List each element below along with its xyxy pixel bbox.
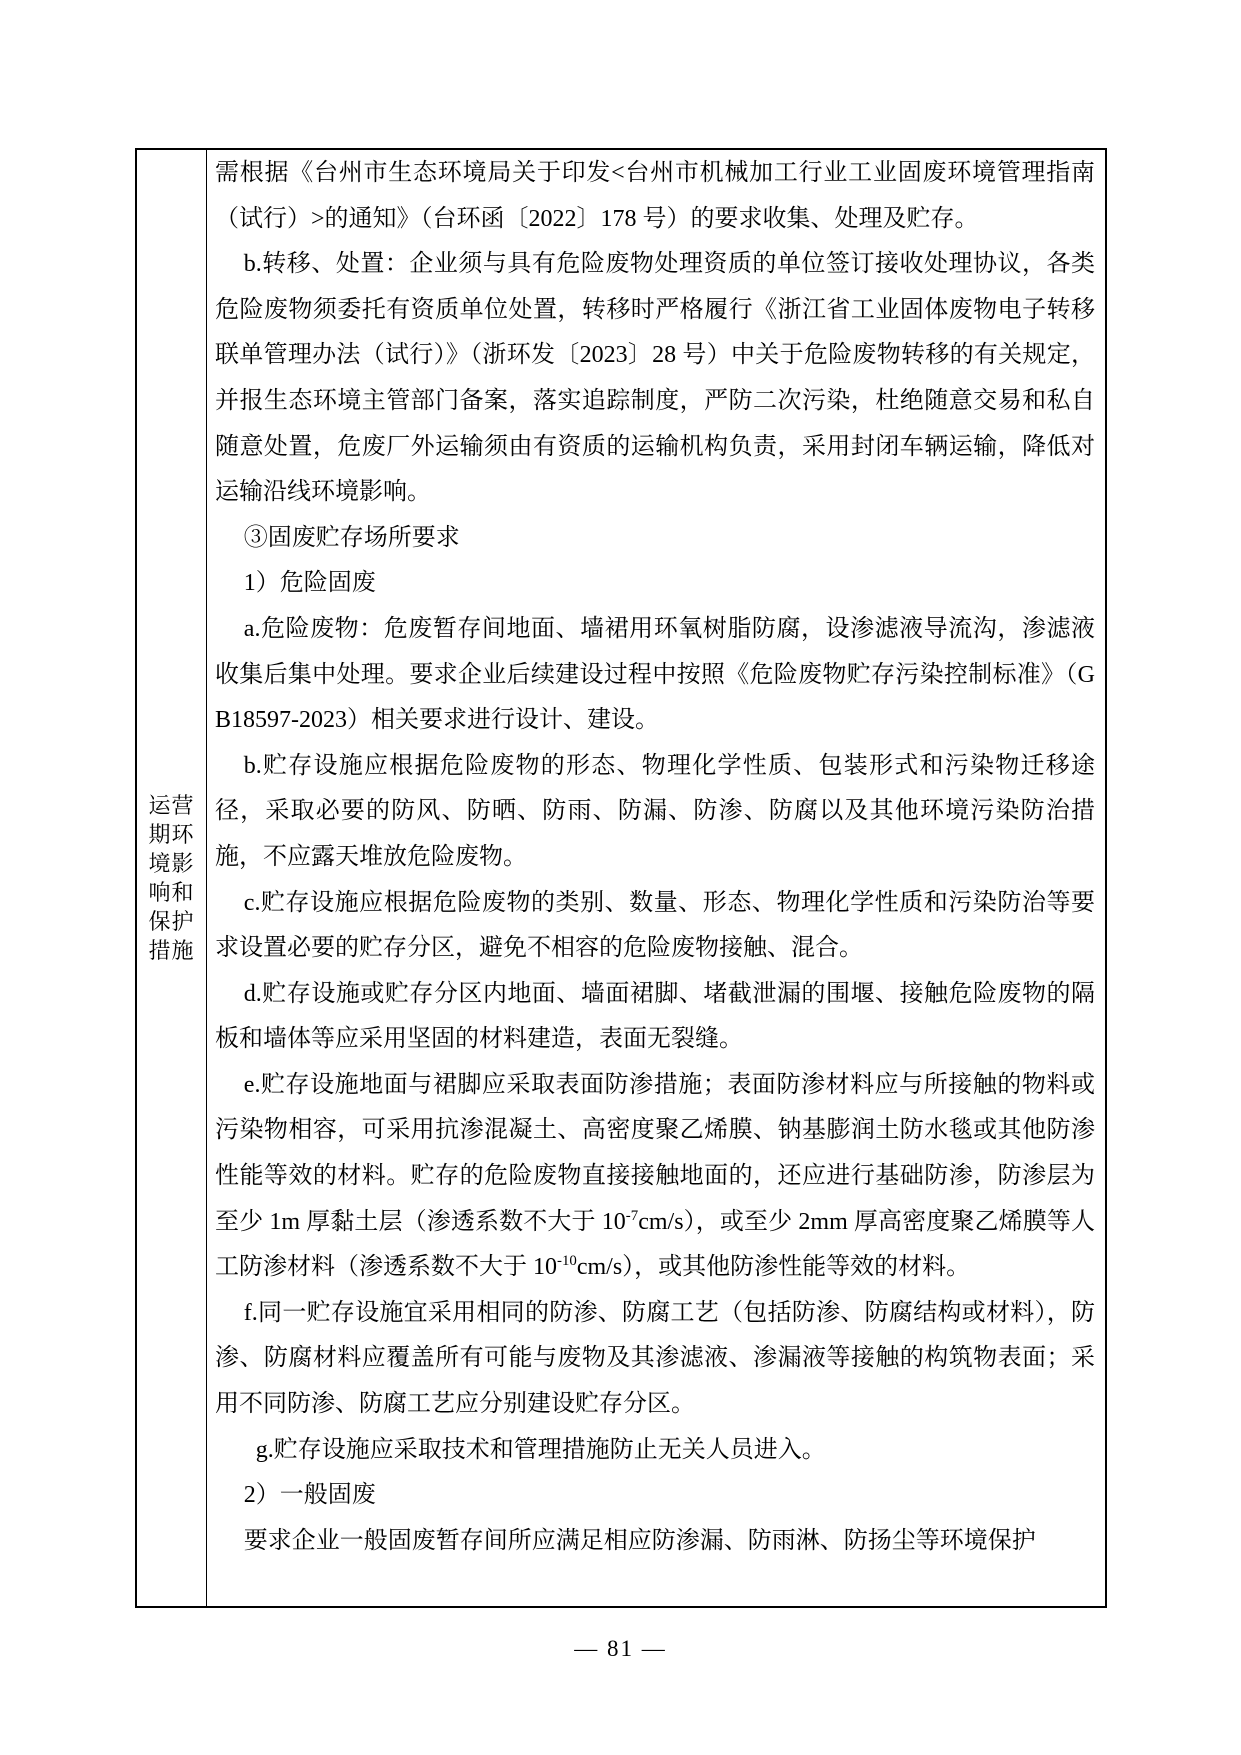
- superscript: -7: [626, 1208, 638, 1224]
- paragraph: 需根据《台州市生态环境局关于印发<台州市机械加工行业工业固废环境管理指南（试行）…: [215, 151, 1095, 242]
- row-header-line: 期环: [148, 820, 194, 849]
- page-number: — 81 —: [0, 1636, 1241, 1662]
- body-cell: 需根据《台州市生态环境局关于印发<台州市机械加工行业工业固废环境管理指南（试行）…: [207, 150, 1105, 1606]
- row-header-text: 运营 期环 境影 响和 保护 措施: [148, 791, 194, 965]
- paragraph: a.危险废物：危废暂存间地面、墙裙用环氧树脂防腐，设渗滤液导流沟，渗滤液收集后集…: [215, 607, 1095, 744]
- row-header-line: 保护: [148, 907, 194, 936]
- document-page: 运营 期环 境影 响和 保护 措施 需根据《台州市生态环境局关于印发<台州市机械…: [0, 0, 1241, 1755]
- paragraph: d.贮存设施或贮存分区内地面、墙面裙脚、堵截泄漏的围堰、接触危险废物的隔板和墙体…: [215, 972, 1095, 1063]
- superscript: -10: [557, 1253, 577, 1269]
- paragraph: c.贮存设施应根据危险废物的类别、数量、形态、物理化学性质和污染防治等要求设置必…: [215, 881, 1095, 972]
- paragraph: b.贮存设施应根据危险废物的形态、物理化学性质、包装形式和污染物迁移途径，采取必…: [215, 744, 1095, 881]
- row-header-cell: 运营 期环 境影 响和 保护 措施: [137, 150, 207, 1606]
- paragraph: g.贮存设施应采取技术和管理措施防止无关人员进入。: [215, 1428, 1095, 1474]
- paragraph: ③固废贮存场所要求: [215, 516, 1095, 562]
- paragraph: 要求企业一般固废暂存间所应满足相应防渗漏、防雨淋、防扬尘等环境保护: [215, 1519, 1095, 1565]
- paragraph: b.转移、处置：企业须与具有危险废物处理资质的单位签订接收处理协议，各类危险废物…: [215, 242, 1095, 516]
- row-header-line: 措施: [148, 936, 194, 965]
- paragraph: f.同一贮存设施宜采用相同的防渗、防腐工艺（包括防渗、防腐结构或材料），防渗、防…: [215, 1291, 1095, 1428]
- paragraph: 1）危险固废: [215, 561, 1095, 607]
- row-header-line: 运营: [148, 791, 194, 820]
- report-table: 运营 期环 境影 响和 保护 措施 需根据《台州市生态环境局关于印发<台州市机械…: [135, 148, 1107, 1608]
- row-header-line: 响和: [148, 878, 194, 907]
- paragraph: 2）一般固废: [215, 1473, 1095, 1519]
- paragraph: e.贮存设施地面与裙脚应采取表面防渗措施；表面防渗材料应与所接触的物料或污染物相…: [215, 1063, 1095, 1291]
- row-header-line: 境影: [148, 849, 194, 878]
